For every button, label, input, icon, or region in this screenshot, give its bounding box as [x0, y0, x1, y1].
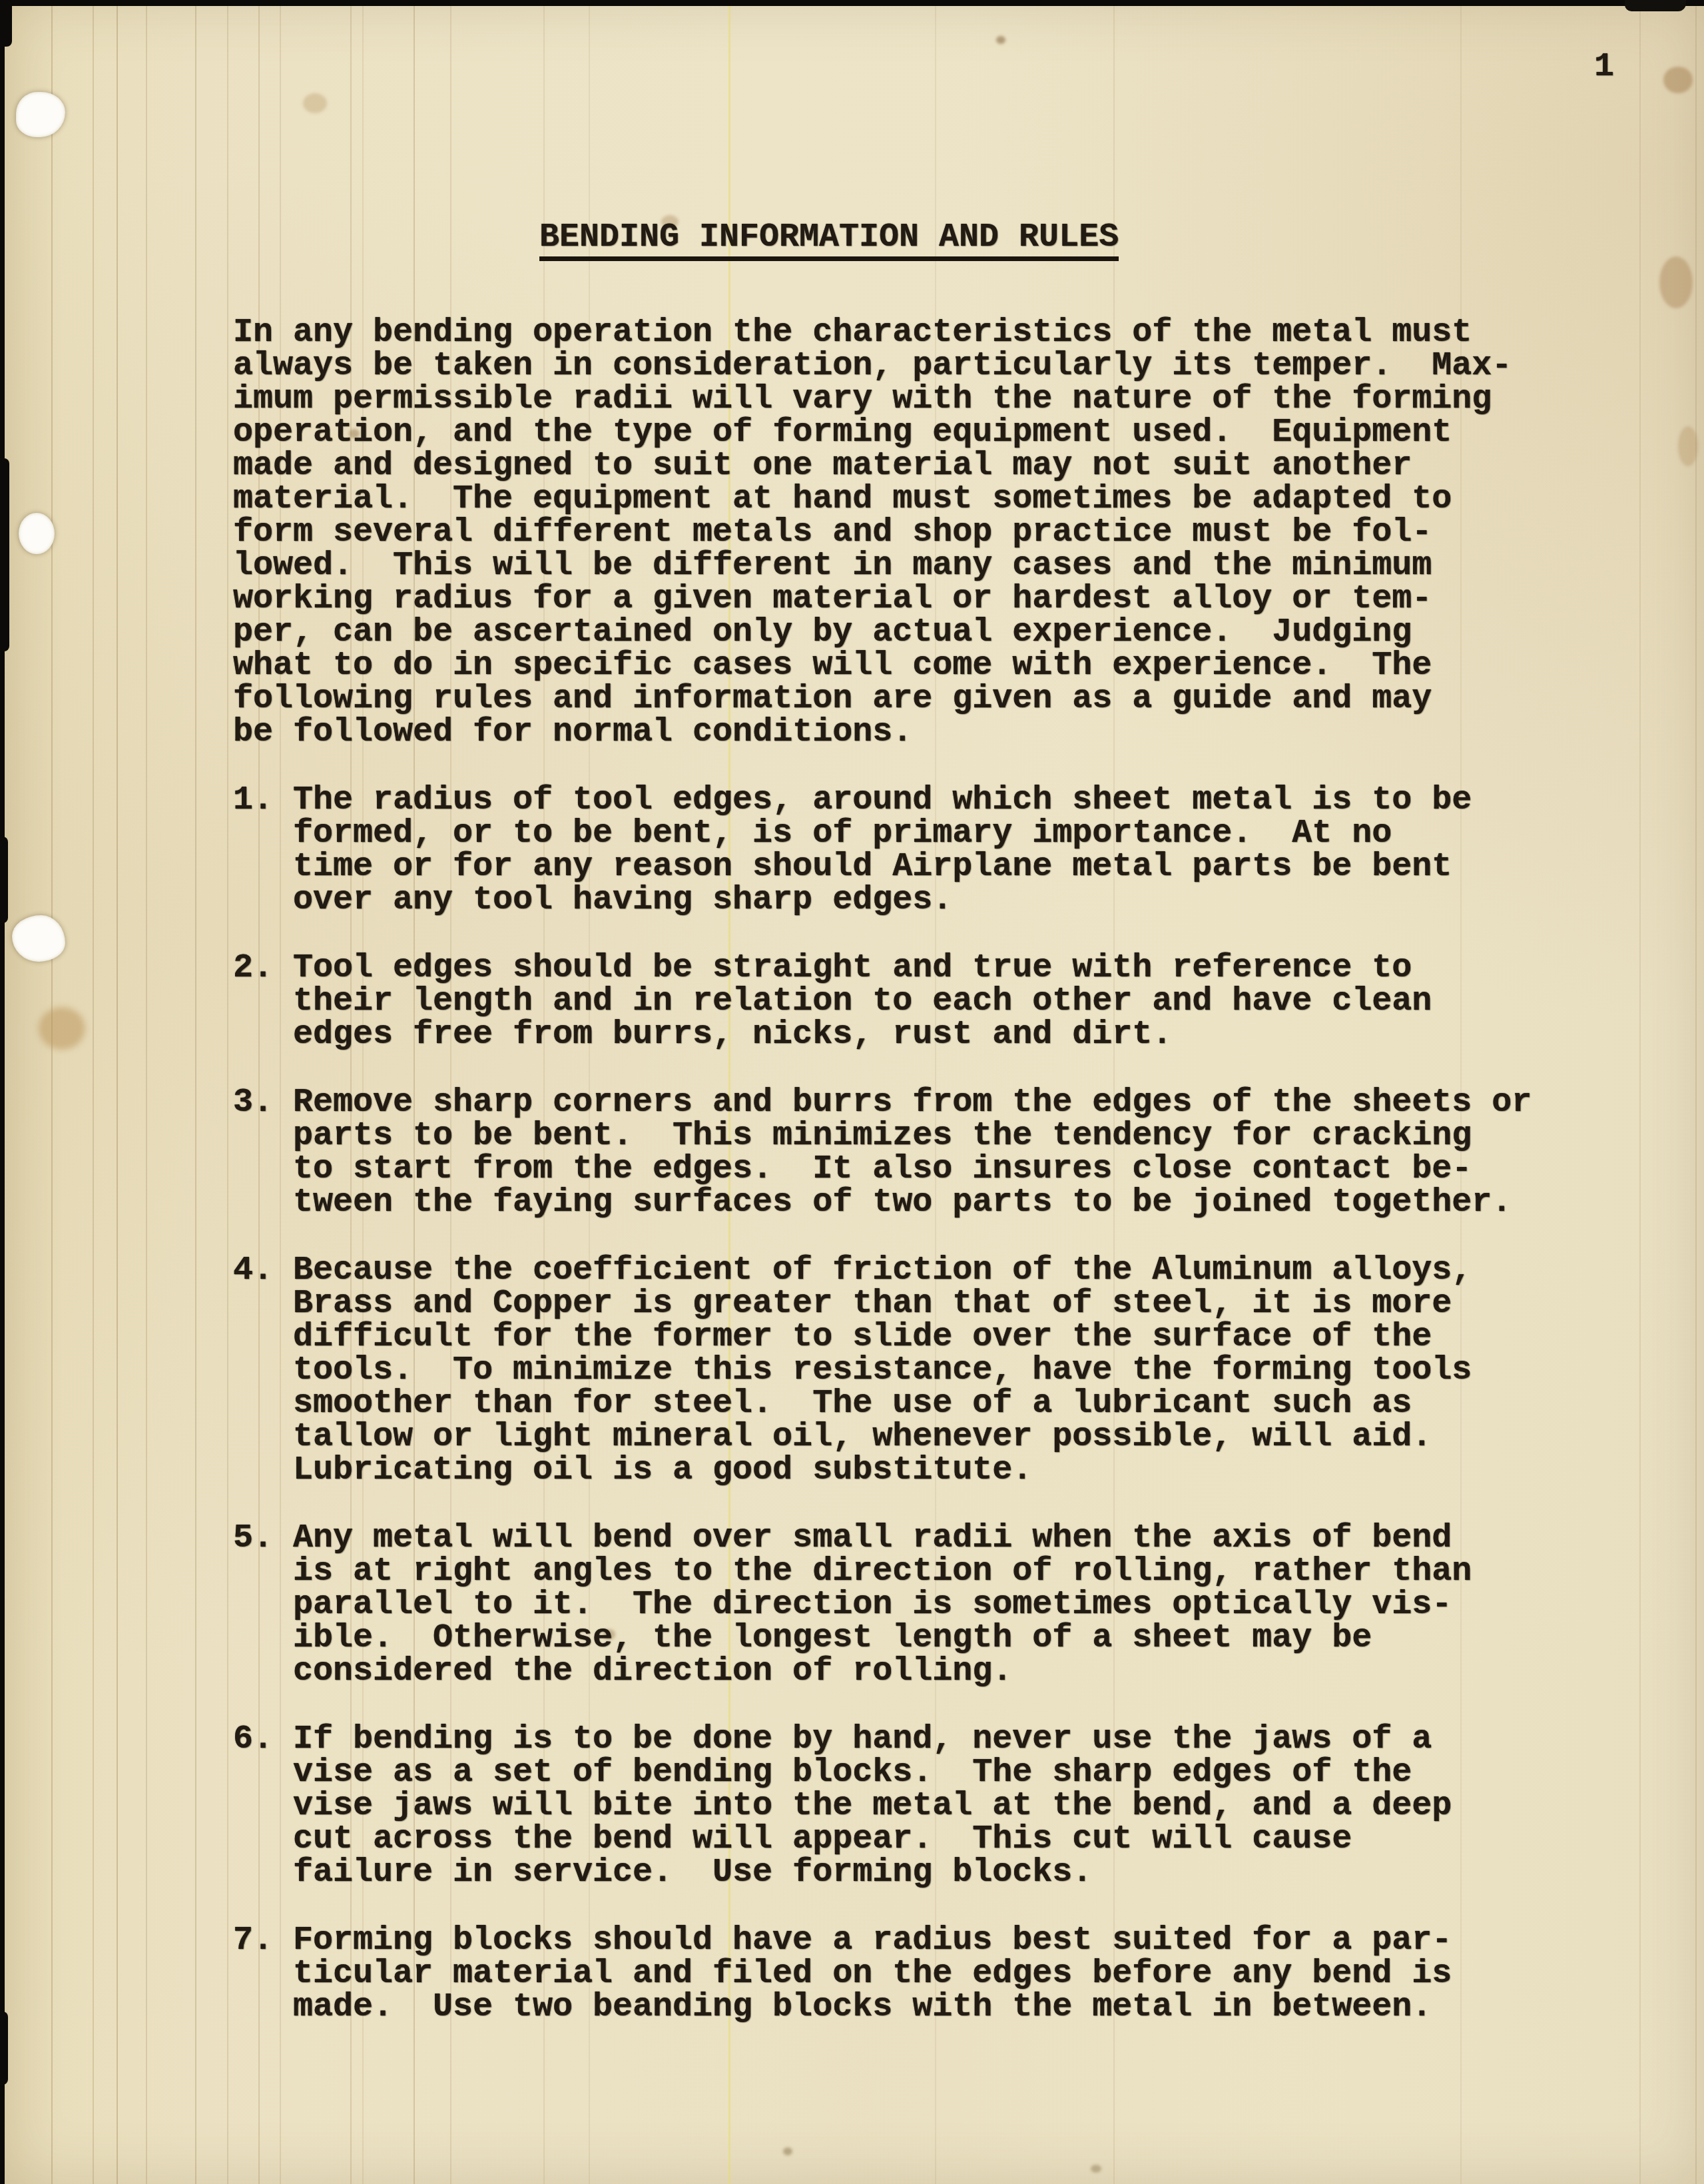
paper-crease: [146, 0, 147, 2184]
rule-item-2: 2. Tool edges should be straight and tru…: [233, 952, 1552, 1052]
rule-text: Forming blocks should have a radius best…: [293, 1924, 1552, 2024]
rule-text: Any metal will bend over small radii whe…: [293, 1522, 1552, 1688]
rule-item-4: 4. Because the coefficient of friction o…: [233, 1254, 1552, 1487]
page-number: 1: [1594, 51, 1614, 84]
stain: [783, 2147, 792, 2155]
rule-number: 2.: [233, 952, 293, 1052]
paper-crease: [93, 0, 94, 2184]
paper-crease: [1695, 0, 1697, 2184]
scan-edge-blob: [1625, 0, 1686, 11]
rule-number: 1.: [233, 784, 293, 917]
stain: [1091, 2165, 1101, 2173]
scan-edge-bump: [0, 458, 9, 651]
stain: [1678, 426, 1698, 466]
rule-number: 3.: [233, 1086, 293, 1220]
rule-number: 7.: [233, 1924, 293, 2024]
paper-crease: [1639, 0, 1641, 2184]
punch-hole: [16, 92, 65, 137]
rule-text: If bending is to be done by hand, never …: [293, 1723, 1552, 1890]
rule-item-6: 6. If bending is to be done by hand, nev…: [233, 1723, 1552, 1890]
rule-item-7: 7. Forming blocks should have a radius b…: [233, 1924, 1552, 2024]
stain: [303, 93, 327, 113]
stain: [996, 36, 1005, 44]
rule-text: Remove sharp corners and burrs from the …: [293, 1086, 1552, 1220]
rule-number: 5.: [233, 1522, 293, 1688]
scan-edge-bump: [0, 0, 12, 47]
scan-edge-bump: [0, 837, 8, 923]
paper-crease: [51, 0, 53, 2184]
document-page: 1 BENDING INFORMATION AND RULES In any b…: [0, 0, 1704, 2184]
rule-number: 4.: [233, 1254, 293, 1487]
paper-crease: [227, 0, 228, 2184]
document-body: In any bending operation the characteris…: [233, 316, 1552, 2024]
paper-crease: [117, 0, 118, 2184]
stain: [39, 1007, 85, 1050]
page-title: BENDING INFORMATION AND RULES: [539, 220, 1119, 261]
intro-paragraph: In any bending operation the characteris…: [233, 316, 1552, 749]
rule-text: Tool edges should be straight and true w…: [293, 952, 1552, 1052]
punch-hole: [12, 915, 65, 962]
scan-edge-left: [0, 0, 5, 2184]
paper-crease: [195, 0, 196, 2184]
rule-item-3: 3. Remove sharp corners and burrs from t…: [233, 1086, 1552, 1220]
scan-edge-bump: [0, 2011, 8, 2085]
stain: [1663, 67, 1693, 93]
rule-item-1: 1. The radius of tool edges, around whic…: [233, 784, 1552, 917]
rule-item-5: 5. Any metal will bend over small radii …: [233, 1522, 1552, 1688]
rule-number: 6.: [233, 1723, 293, 1890]
punch-hole: [19, 513, 55, 554]
rule-text: The radius of tool edges, around which s…: [293, 784, 1552, 917]
rule-text: Because the coefficient of friction of t…: [293, 1254, 1552, 1487]
scan-edge-top: [0, 0, 1704, 6]
stain: [1659, 256, 1693, 308]
